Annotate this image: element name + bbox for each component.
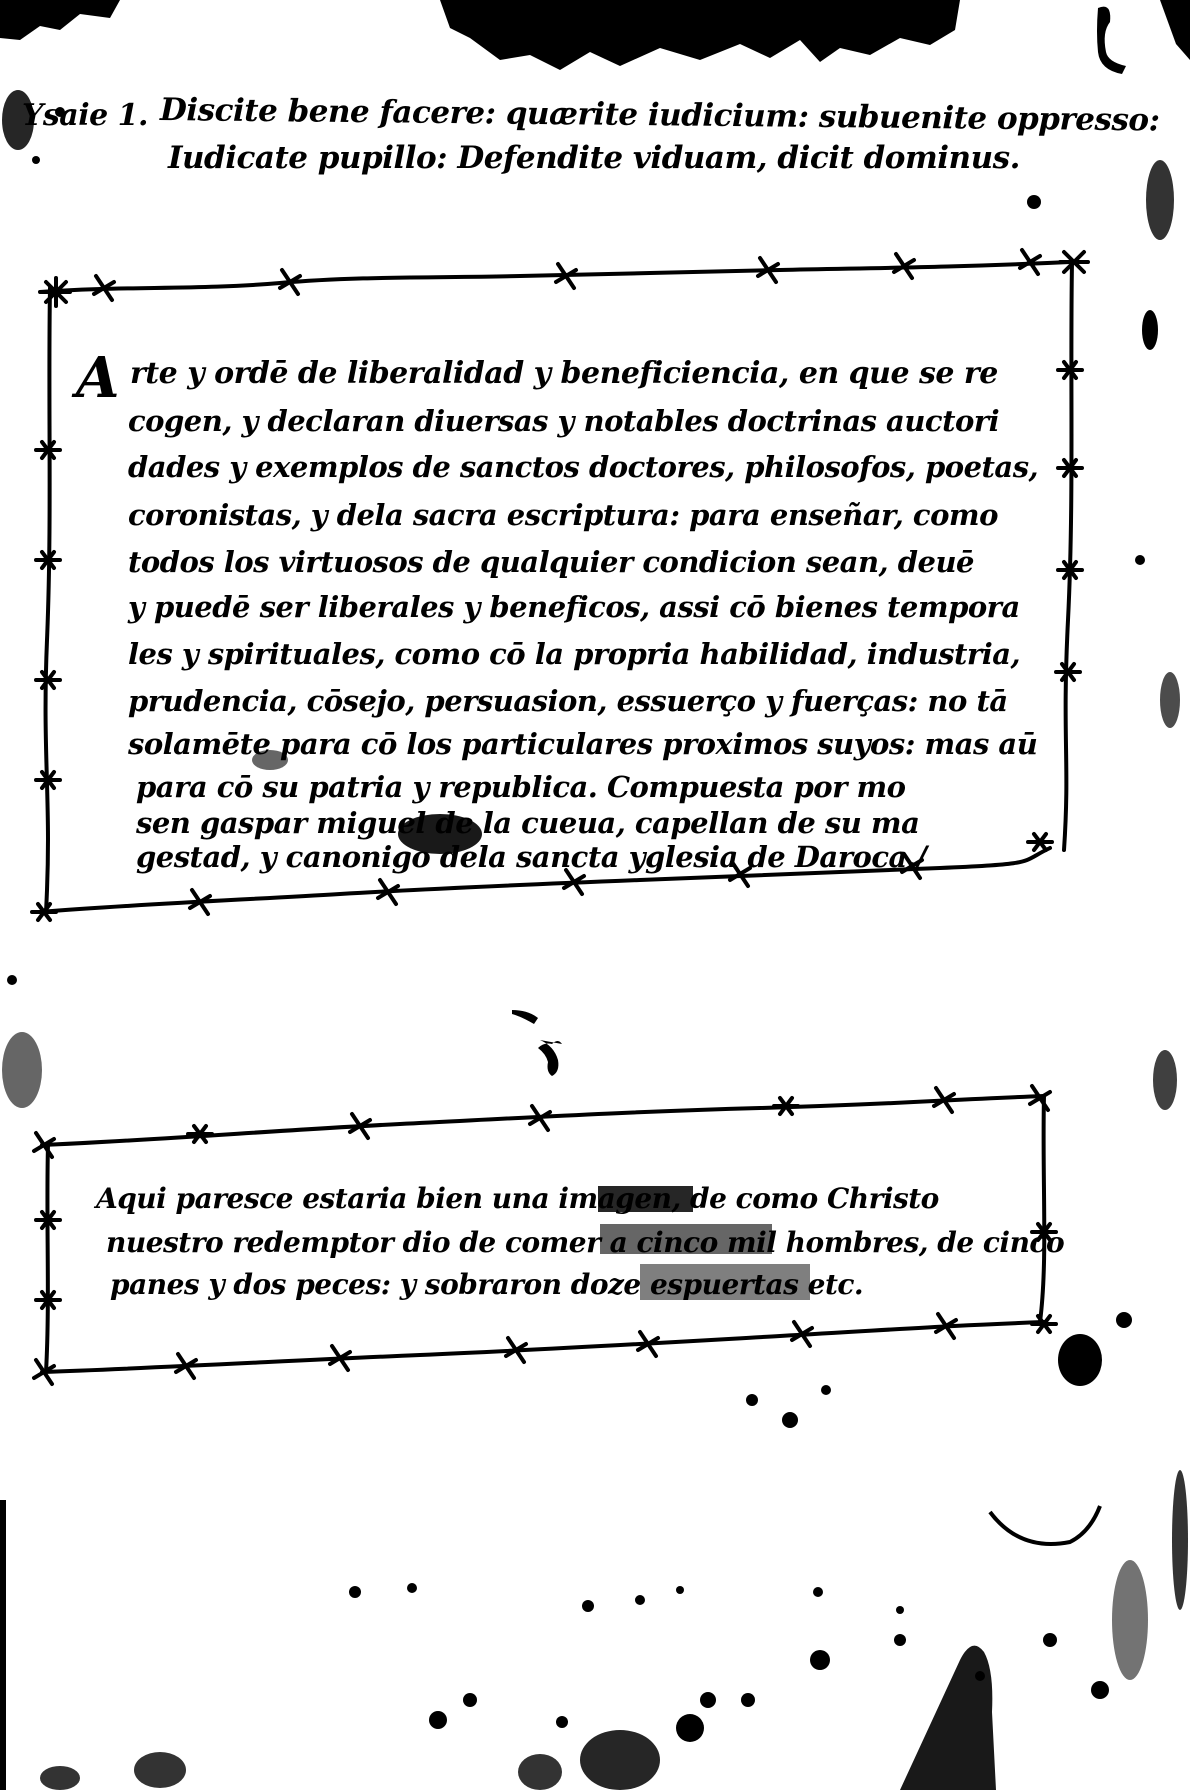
note-line: panes y dos peces: y sobraron doze espue…	[110, 1268, 863, 1301]
title-line: les y spirituales, como cō la propria ha…	[128, 637, 1020, 671]
manuscript-page: Ysaie 1. Discite bene facere: quærite iu…	[0, 0, 1190, 1790]
note-line: Aqui paresce estaria bien una imagen, de…	[96, 1182, 939, 1215]
title-line: dades y exemplos de sanctos doctores, ph…	[128, 450, 1038, 484]
title-line: y puedē ser liberales y beneficos, assi …	[128, 590, 1020, 624]
title-line: rte y ordē de liberalidad y beneficienci…	[130, 356, 998, 391]
note-line: nuestro redemptor dio de comer a cinco m…	[106, 1226, 1064, 1259]
title-line: cogen, y declaran diuersas y notables do…	[128, 404, 999, 438]
title-box-frame	[0, 0, 1190, 1790]
title-line: gestad, y canonigo dela sancta yglesia d…	[136, 840, 926, 874]
title-line: prudencia, cōsejo, persuasion, essuerço …	[128, 684, 1008, 718]
title-line: todos los virtuosos de qualquier condici…	[128, 545, 974, 579]
decorative-border	[0, 0, 1190, 1790]
title-line: sen gaspar miguel de la cueua, capellan …	[136, 806, 919, 840]
decorated-initial: A	[76, 350, 119, 406]
title-line: solamēte para cō los particulares proxim…	[128, 727, 1037, 761]
title-line: para cō su patria y republica. Compuesta…	[136, 770, 906, 804]
title-line: coronistas, y dela sacra escriptura: par…	[128, 498, 998, 532]
